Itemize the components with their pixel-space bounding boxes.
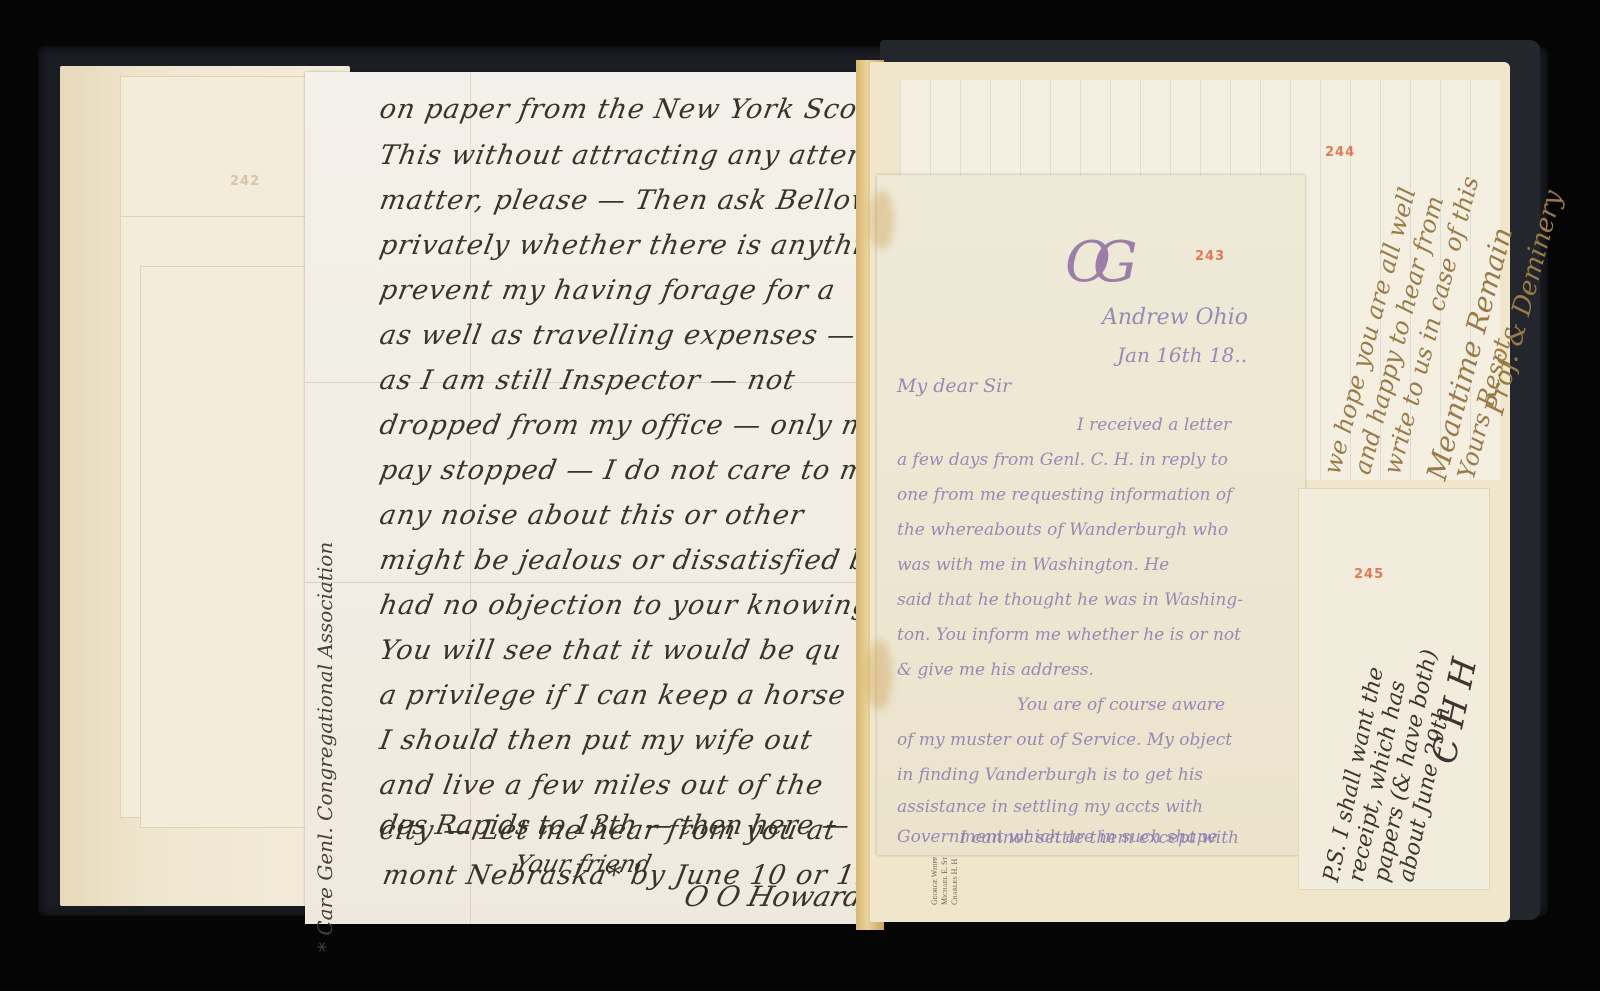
purple-line: in finding Vanderburgh is to get his (897, 765, 1203, 785)
purple-line: said that he thought he was in Washing- (897, 590, 1243, 610)
purple-line: was with me in Washington. He (897, 555, 1169, 575)
purple-line: of my muster out of Service. My object (897, 730, 1232, 750)
letterhead-line: Charles H. H (950, 857, 960, 905)
purple-line: the whereabouts of Wanderburgh who (897, 520, 1228, 540)
letter-line: as I am still Inspector — not (377, 365, 798, 396)
letterhead-line: Michael E. St (940, 857, 950, 905)
letter-date: Jan 16th 18.. (1117, 343, 1247, 367)
purple-line: one from me requesting information of (897, 485, 1232, 505)
letterbook-photo: 242 on paper from the New York Score Thi… (0, 0, 1600, 991)
letter-line: prevent my having forage for a (377, 275, 838, 306)
page-number-244: 244 (1325, 145, 1355, 160)
paper-stain (870, 190, 894, 250)
purple-line: You are of course aware (1017, 695, 1225, 715)
purple-ink-letter: OG 243 Andrew Ohio Jan 16th 18.. My dear… (877, 175, 1305, 855)
purple-line: a few days from Genl. C. H. in reply to (897, 450, 1228, 470)
purple-line: I cannot settle them except with (960, 828, 1239, 848)
monogram-emblem: OG (1065, 230, 1120, 295)
page-number-243: 243 (1195, 249, 1225, 264)
letter-line: as well as travelling expenses — in as (377, 320, 937, 351)
letter-line: matter, please — Then ask Bellows (377, 185, 893, 216)
paper-stain (866, 640, 892, 710)
letter-line: I should then put my wife out (377, 725, 815, 756)
purple-line: assistance in settling my accts with (897, 797, 1203, 817)
small-note: 245 P.S. I shall want the receipt, which… (1298, 488, 1490, 890)
letter-line: dropped from my office — only my (377, 410, 887, 441)
letter-signature: O O Howard (681, 880, 866, 913)
margin-note: * Care Genl. Congregational Association (313, 542, 337, 952)
howard-letter: on paper from the New York Score This wi… (305, 72, 877, 924)
letter-place: Andrew Ohio (1102, 305, 1248, 330)
purple-line: I received a letter (1077, 415, 1231, 435)
letter-closing: Your friend (512, 850, 655, 878)
letter-line: pay stopped — I do not care to m (377, 455, 869, 486)
purple-line: ton. You inform me whether he is or not (897, 625, 1241, 645)
page-number-245: 245 (1354, 567, 1384, 582)
letter-line-final: des Rapids to 13th — then here — (377, 810, 851, 841)
letter-salutation: My dear Sir (897, 375, 1011, 397)
faint-page-number: 242 (230, 174, 260, 189)
letter-line: had no objection to your knowing (377, 590, 873, 621)
letter-line: on paper from the New York Score (377, 94, 891, 125)
letterhead-line: George Whipp (930, 857, 940, 905)
printed-letterhead: George Whipp Michael E. St Charles H. H (930, 857, 960, 905)
letter-line: any noise about this or other (377, 500, 806, 531)
letter-line: might be jealous or dissatisfied b (377, 545, 870, 576)
fold-line (305, 582, 877, 583)
letter-line: You will see that it would be qu (377, 635, 844, 666)
letter-line: and live a few miles out of the (377, 770, 826, 801)
purple-line: & give me his address. (897, 660, 1094, 680)
letter-line: a privilege if I can keep a horse (377, 680, 848, 711)
